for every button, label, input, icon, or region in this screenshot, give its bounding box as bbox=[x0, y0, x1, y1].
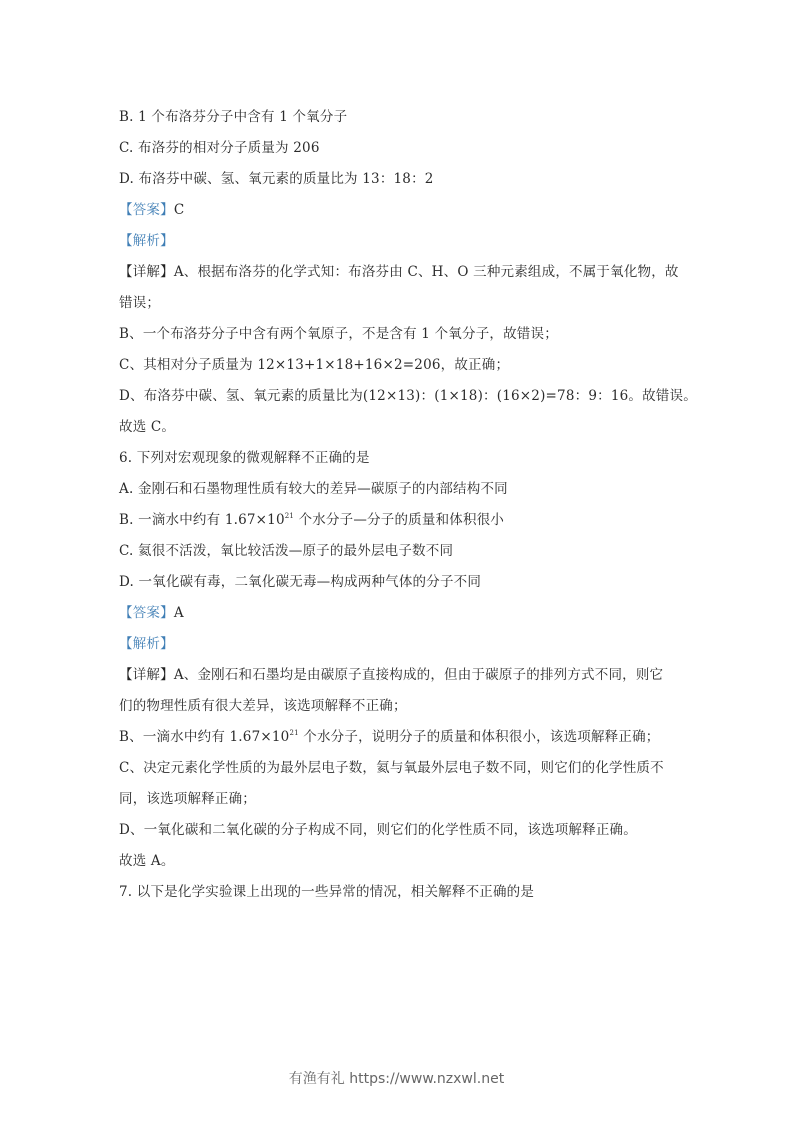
footer-watermark: 有渔有礼 https://www.nzxwl.net bbox=[0, 1068, 793, 1088]
analysis-tag: 【解析】 bbox=[119, 636, 174, 652]
option-text: 金刚石和石墨物理性质有较大的差异—碳原子的内部结构不同 bbox=[138, 481, 508, 497]
q5-detail-line-5: D、布洛芬中碳、氢、氧元素的质量比为(12×13)：(1×18)：(16×2)=… bbox=[119, 381, 679, 412]
q5-option-c: C. 布洛芬的相对分子质量为 206 bbox=[119, 133, 679, 164]
q6-conclusion: 故选 A。 bbox=[119, 846, 679, 877]
option-label: B. bbox=[119, 512, 134, 528]
q6-detail-c-line-1: C、决定元素化学性质的为最外层电子数，氦与氧最外层电子数不同，则它们的化学性质不 bbox=[119, 753, 679, 784]
detail-text-before: B、一滴水中约有 1.67×10 bbox=[119, 729, 289, 745]
option-text: 1 个布洛芬分子中含有 1 个氧分子 bbox=[138, 109, 347, 125]
document-page: B. 1 个布洛芬分子中含有 1 个氧分子 C. 布洛芬的相对分子质量为 206… bbox=[119, 102, 679, 908]
q5-option-b: B. 1 个布洛芬分子中含有 1 个氧分子 bbox=[119, 102, 679, 133]
q6-option-c: C. 氦很不活泼，氧比较活泼—原子的最外层电子数不同 bbox=[119, 536, 679, 567]
detail-tag: 【详解】 bbox=[119, 667, 174, 683]
option-text-before: 一滴水中约有 1.67×10 bbox=[138, 512, 285, 528]
q6-option-d: D. 一氧化碳有毒，二氧化碳无毒—构成两种气体的分子不同 bbox=[119, 567, 679, 598]
q7-stem: 7. 以下是化学实验课上出现的一些异常的情况，相关解释不正确的是 bbox=[119, 877, 679, 908]
option-label: C. bbox=[119, 140, 134, 156]
detail-tag: 【详解】 bbox=[119, 264, 174, 280]
answer-tag: 【答案】 bbox=[119, 605, 174, 621]
q6-stem: 6. 下列对宏观现象的微观解释不正确的是 bbox=[119, 443, 679, 474]
q5-conclusion: 故选 C。 bbox=[119, 412, 679, 443]
q5-analysis-heading: 【解析】 bbox=[119, 226, 679, 257]
q5-option-d: D. 布洛芬中碳、氢、氧元素的质量比为 13：18：2 bbox=[119, 164, 679, 195]
q5-answer: 【答案】C bbox=[119, 195, 679, 226]
answer-value: C bbox=[174, 202, 185, 218]
q6-detail-c-line-2: 同，该选项解释正确； bbox=[119, 784, 679, 815]
q6-detail-d: D、一氧化碳和二氧化碳的分子构成不同，则它们的化学性质不同，该选项解释正确。 bbox=[119, 815, 679, 846]
exponent: 21 bbox=[289, 729, 298, 737]
q5-detail-line-1: 【详解】A、根据布洛芬的化学式知：布洛芬由 C、H、O 三种元素组成，不属于氧化… bbox=[119, 257, 679, 288]
option-label: D. bbox=[119, 171, 134, 187]
q6-analysis-heading: 【解析】 bbox=[119, 629, 679, 660]
detail-text: A、金刚石和石墨均是由碳原子直接构成的，但由于碳原子的排列方式不同，则它 bbox=[174, 667, 663, 683]
option-text-after: 个水分子—分子的质量和体积很小 bbox=[294, 512, 504, 528]
q6-detail-a-line-1: 【详解】A、金刚石和石墨均是由碳原子直接构成的，但由于碳原子的排列方式不同，则它 bbox=[119, 660, 679, 691]
answer-value: A bbox=[174, 605, 184, 621]
option-text: 氦很不活泼，氧比较活泼—原子的最外层电子数不同 bbox=[138, 543, 453, 559]
option-text: 布洛芬的相对分子质量为 206 bbox=[138, 140, 320, 156]
option-label: C. bbox=[119, 543, 134, 559]
q5-detail-line-3: B、一个布洛芬分子中含有两个氧原子，不是含有 1 个氧分子，故错误； bbox=[119, 319, 679, 350]
q5-detail-line-2: 错误； bbox=[119, 288, 679, 319]
q6-option-b: B. 一滴水中约有 1.67×1021 个水分子—分子的质量和体积很小 bbox=[119, 505, 679, 536]
q6-option-a: A. 金刚石和石墨物理性质有较大的差异—碳原子的内部结构不同 bbox=[119, 474, 679, 505]
detail-text: A、根据布洛芬的化学式知：布洛芬由 C、H、O 三种元素组成，不属于氧化物，故 bbox=[174, 264, 679, 280]
q5-detail-line-4: C、其相对分子质量为 12×13+1×18+16×2=206，故正确； bbox=[119, 350, 679, 381]
option-text: 布洛芬中碳、氢、氧元素的质量比为 13：18：2 bbox=[139, 171, 434, 187]
option-label: D. bbox=[119, 574, 134, 590]
option-label: B. bbox=[119, 109, 134, 125]
option-label: A. bbox=[119, 481, 133, 497]
analysis-tag: 【解析】 bbox=[119, 233, 174, 249]
exponent: 21 bbox=[285, 512, 294, 520]
q6-detail-b: B、一滴水中约有 1.67×1021 个水分子，说明分子的质量和体积很小，该选项… bbox=[119, 722, 679, 753]
option-text: 一氧化碳有毒，二氧化碳无毒—构成两种气体的分子不同 bbox=[139, 574, 482, 590]
detail-text-after: 个水分子，说明分子的质量和体积很小，该选项解释正确； bbox=[299, 729, 660, 745]
answer-tag: 【答案】 bbox=[119, 202, 174, 218]
q6-detail-a-line-2: 们的物理性质有很大差异，该选项解释不正确； bbox=[119, 691, 679, 722]
q6-answer: 【答案】A bbox=[119, 598, 679, 629]
